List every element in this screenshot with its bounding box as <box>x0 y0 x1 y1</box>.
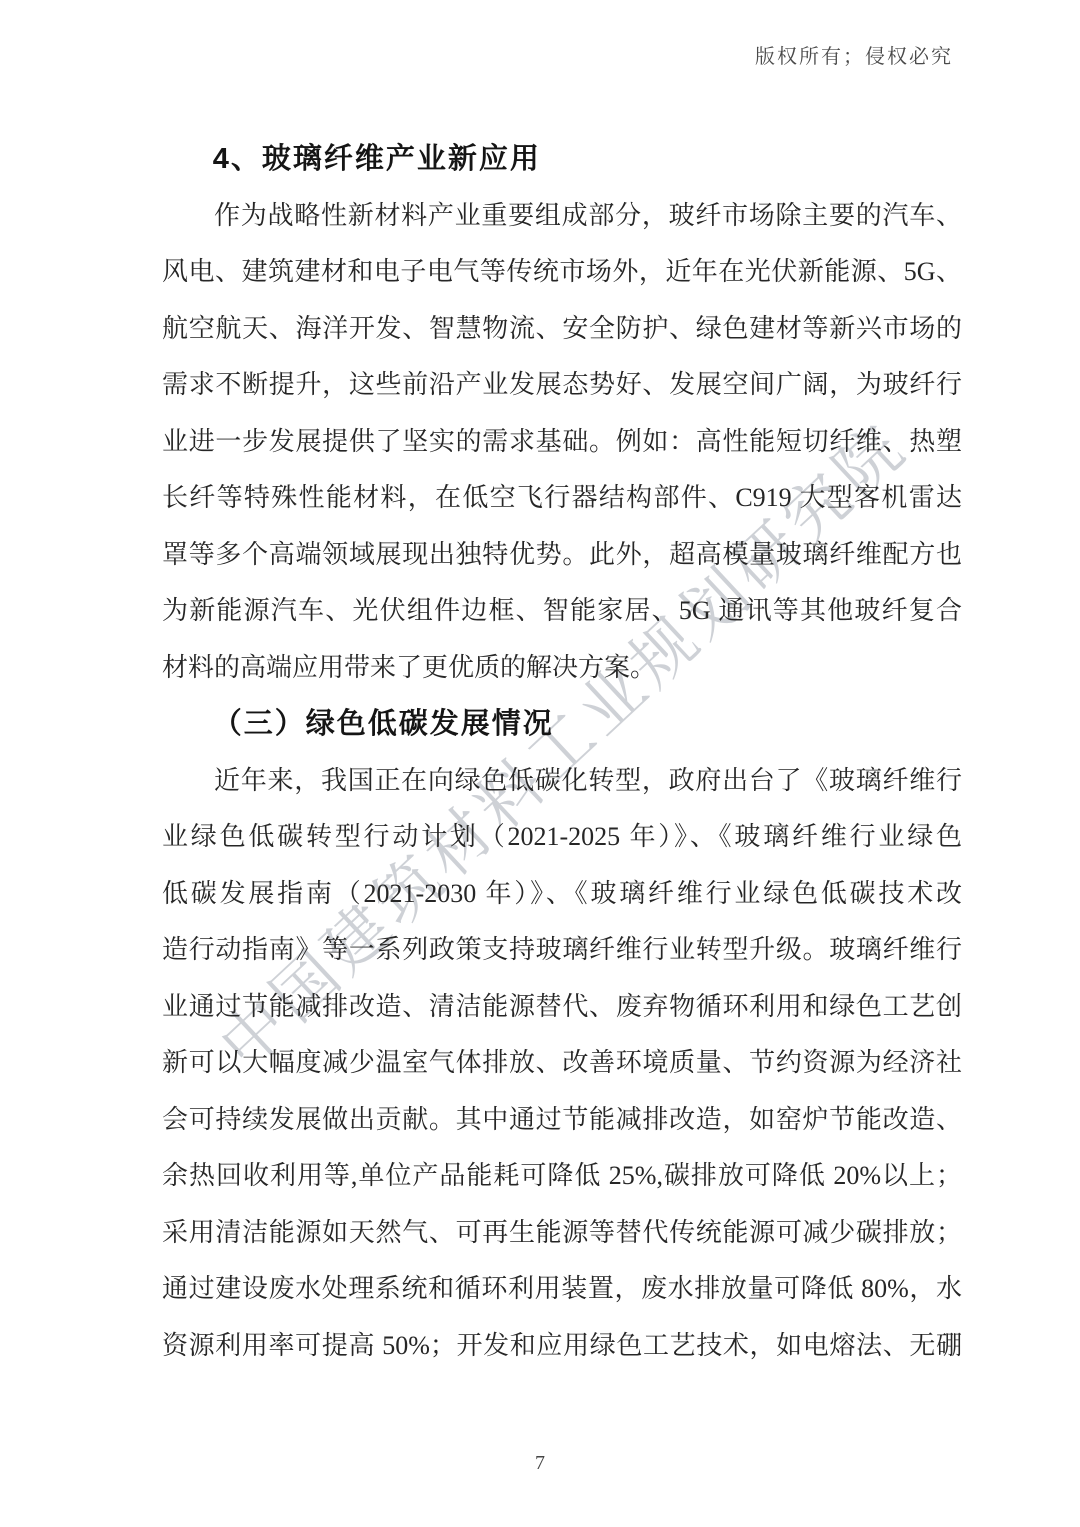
text-line: 作为战略性新材料产业重要组成部分，玻纤市场除主要的汽车、 <box>162 188 962 245</box>
text-line: 航空航天、海洋开发、智慧物流、安全防护、绿色建材等新兴市场的 <box>162 301 962 358</box>
document-content: 4、玻璃纤维产业新应用 作为战略性新材料产业重要组成部分，玻纤市场除主要的汽车、… <box>162 131 962 1374</box>
text-line: 通过建设废水处理系统和循环利用装置，废水排放量可降低 80%，水 <box>162 1261 962 1318</box>
section-heading-green-low-carbon: （三）绿色低碳发展情况 <box>162 696 962 753</box>
text-line: 风电、建筑建材和电子电气等传统市场外，近年在光伏新能源、5G、 <box>162 244 962 301</box>
text-line: 长纤等特殊性能材料，在低空飞行器结构部件、C919 大型客机雷达 <box>162 470 962 527</box>
text-line: 采用清洁能源如天然气、可再生能源等替代传统能源可减少碳排放； <box>162 1205 962 1262</box>
text-line: 为新能源汽车、光伏组件边框、智能家居、5G 通讯等其他玻纤复合 <box>162 583 962 640</box>
text-line: 资源利用率可提高 50%；开发和应用绿色工艺技术，如电熔法、无硼 <box>162 1318 962 1375</box>
text-line: 业进一步发展提供了坚实的需求基础。例如：高性能短切纤维、热塑 <box>162 414 962 471</box>
page-number: 7 <box>0 1452 1080 1475</box>
document-page: 版权所有；侵权必究 中国建筑材料工业规划研究院 4、玻璃纤维产业新应用 作为战略… <box>0 0 1080 1527</box>
text-line: 业通过节能减排改造、清洁能源替代、废弃物循环利用和绿色工艺创 <box>162 979 962 1036</box>
paragraph-green-low-carbon: 近年来，我国正在向绿色低碳化转型，政府出台了《玻璃纤维行业绿色低碳转型行动计划（… <box>162 753 962 1375</box>
paragraph-new-applications: 作为战略性新材料产业重要组成部分，玻纤市场除主要的汽车、风电、建筑建材和电子电气… <box>162 188 962 697</box>
copyright-notice: 版权所有；侵权必究 <box>755 40 953 69</box>
section-heading-glass-fiber-new-applications: 4、玻璃纤维产业新应用 <box>162 131 962 188</box>
text-line: 余热回收利用等,单位产品能耗可降低 25%,碳排放可降低 20%以上； <box>162 1148 962 1205</box>
text-line: 新可以大幅度减少温室气体排放、改善环境质量、节约资源为经济社 <box>162 1035 962 1092</box>
text-line: 近年来，我国正在向绿色低碳化转型，政府出台了《玻璃纤维行 <box>162 753 962 810</box>
text-line: 材料的高端应用带来了更优质的解决方案。 <box>162 640 962 697</box>
text-line: 业绿色低碳转型行动计划（2021-2025 年）》、《玻璃纤维行业绿色 <box>162 809 962 866</box>
text-line: 造行动指南》等一系列政策支持玻璃纤维行业转型升级。玻璃纤维行 <box>162 922 962 979</box>
text-line: 低碳发展指南（2021-2030 年）》、《玻璃纤维行业绿色低碳技术改 <box>162 866 962 923</box>
text-line: 会可持续发展做出贡献。其中通过节能减排改造，如窑炉节能改造、 <box>162 1092 962 1149</box>
text-line: 罩等多个高端领域展现出独特优势。此外，超高模量玻璃纤维配方也 <box>162 527 962 584</box>
text-line: 需求不断提升，这些前沿产业发展态势好、发展空间广阔，为玻纤行 <box>162 357 962 414</box>
